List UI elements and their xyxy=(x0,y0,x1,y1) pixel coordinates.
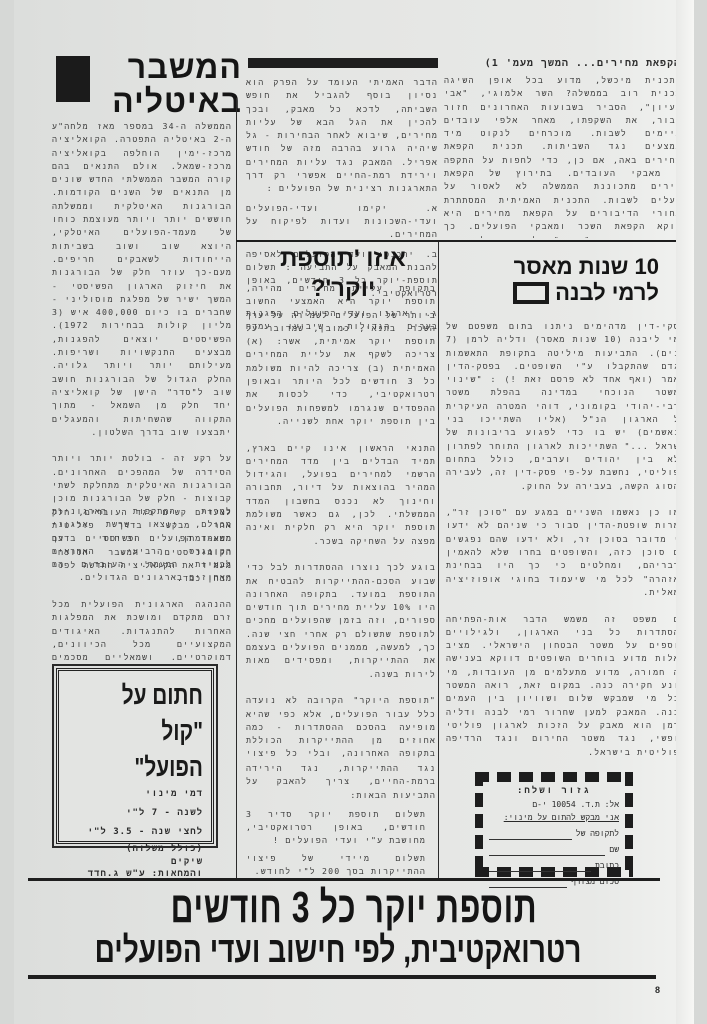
subscription-coupon[interactable]: גזור ושלח: אל: ת.ד. 10054 י-ם אני מבקש ל… xyxy=(475,772,633,877)
banner-bottom-rule xyxy=(28,975,656,979)
column-divider xyxy=(438,240,439,880)
subscription-line: דמי מינוי xyxy=(67,785,203,804)
price-freeze-title: (הקפאת מחירים... המשך מעמ' 1) xyxy=(444,58,688,70)
cut-border xyxy=(475,772,633,782)
cost-of-living-body: בתקופת עליית מחירים מהירה, תוספת יוקר הי… xyxy=(246,282,436,760)
paper-edge xyxy=(676,0,694,1024)
price-freeze-body: שהתכנית מיכשל, מדוע בכל אופן השיגה התכני… xyxy=(444,74,688,238)
coupon-field-period[interactable]: לתקופה של xyxy=(489,827,619,840)
coupon-address: אל: ת.ד. 10054 י-ם xyxy=(489,798,619,811)
cut-border xyxy=(625,772,633,877)
demand-point: א. יקימו ועדי-הפועלים ועדי-השכונות ועדות… xyxy=(246,202,438,242)
column-divider xyxy=(236,98,237,878)
demand-item: תשלום מיידי של פיצוי ההתייקרות בסך 200 ל… xyxy=(246,852,436,879)
subscription-line: לשנה - 7 ל"י xyxy=(67,804,203,823)
subscription-title: חתום על "קול הפועל" xyxy=(94,677,203,785)
section-bar xyxy=(248,58,438,68)
italy-article-title: המשבר באיטליה xyxy=(92,50,242,118)
banner-top-rule xyxy=(28,878,660,881)
demand-item: תשלום תוספת יוקר סדיר 3 חודשים, באופן רט… xyxy=(246,808,436,848)
section-divider xyxy=(236,240,688,242)
coupon-field-name[interactable]: שם xyxy=(489,843,619,856)
banner-subheadline: רטרואקטיבית, לפי חישוב ועדי הפועלים xyxy=(85,930,590,970)
subscription-line: (כולל משלוח) xyxy=(67,842,203,856)
subscription-ad: חתום על "קול הפועל" דמי מינוי לשנה - 7 ל… xyxy=(56,668,214,844)
page-number: 8 xyxy=(655,985,660,995)
arrest-article-title: 10 שנות מאסר לרמי לבנה xyxy=(454,254,659,306)
subscription-line: לחצי שנה - 3.5 ל"י xyxy=(67,823,203,842)
cost-of-living-demands: נגד ההתייקרות, נגד הירידה ברמת-החיים, צר… xyxy=(246,762,436,878)
italy-article-body-continued: למרות ההתקפות הארגוניות מכולם, יוצאו שרש… xyxy=(52,505,232,660)
arrest-article-body: פסקי-דין מדהימים ניתנו בתום משפטם של רמי… xyxy=(446,320,686,758)
square-outline-icon xyxy=(513,282,549,304)
banner-headline: תוספת יוקר כל 3 חודשים xyxy=(138,884,570,932)
italy-square-icon xyxy=(56,56,90,102)
coupon-title: גזור ושלח: xyxy=(489,785,619,798)
coupon-request: אני מבקש להתום על מינוי: xyxy=(489,811,619,824)
subscription-line: שיקים xyxy=(67,856,203,868)
cut-border xyxy=(475,772,483,877)
newspaper-page: המשבר באיטליה הממשלה ה-34 במספר מאז מלחה… xyxy=(14,0,694,1024)
coupon-field-address[interactable]: כתובת xyxy=(489,859,619,872)
